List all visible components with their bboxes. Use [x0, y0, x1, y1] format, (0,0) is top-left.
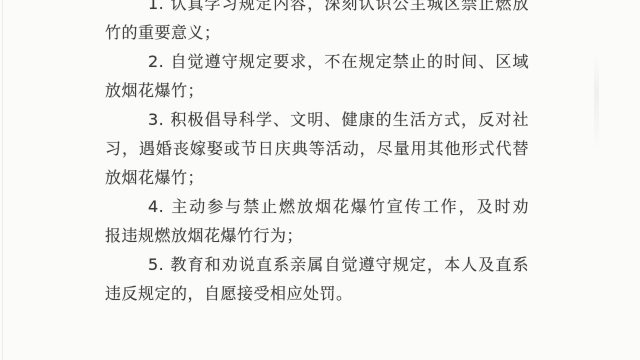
doc-line: 2. 自觉遵守规定要求，不在规定禁止的时间、区域内燃 — [105, 47, 529, 76]
doc-line: 5. 教育和劝说直系亲属自觉遵守规定，本人及直系亲属 — [105, 250, 529, 279]
paper-crease — [594, 55, 599, 150]
document-text-column: 1. 认真学习规定内容，深刻认识公主城区禁止燃放烟花爆 竹的重要意义； 2. 自… — [105, 0, 529, 308]
doc-line: 放烟花爆竹； — [105, 163, 529, 192]
doc-line: 3. 积极倡导科学、文明、健康的生活方式，反对社会陋 — [105, 105, 529, 134]
doc-line: 1. 认真学习规定内容，深刻认识公主城区禁止燃放烟花爆 — [105, 0, 529, 18]
doc-line: 竹的重要意义； — [105, 18, 529, 47]
doc-line: 违反规定的，自愿接受相应处罚。 — [105, 279, 529, 308]
doc-line: 4. 主动参与禁止燃放烟花爆竹宣传工作，及时劝阻、举 — [105, 192, 529, 221]
doc-line: 放烟花爆竹； — [105, 76, 529, 105]
scan-edge-line — [2, 0, 3, 360]
document-page: 1. 认真学习规定内容，深刻认识公主城区禁止燃放烟花爆 竹的重要意义； 2. 自… — [0, 0, 640, 360]
doc-line: 习，遇婚丧嫁娶或节日庆典等活动，尽量用其他形式代替燃 — [105, 134, 529, 163]
doc-line: 报违规燃放烟花爆竹行为； — [105, 221, 529, 250]
